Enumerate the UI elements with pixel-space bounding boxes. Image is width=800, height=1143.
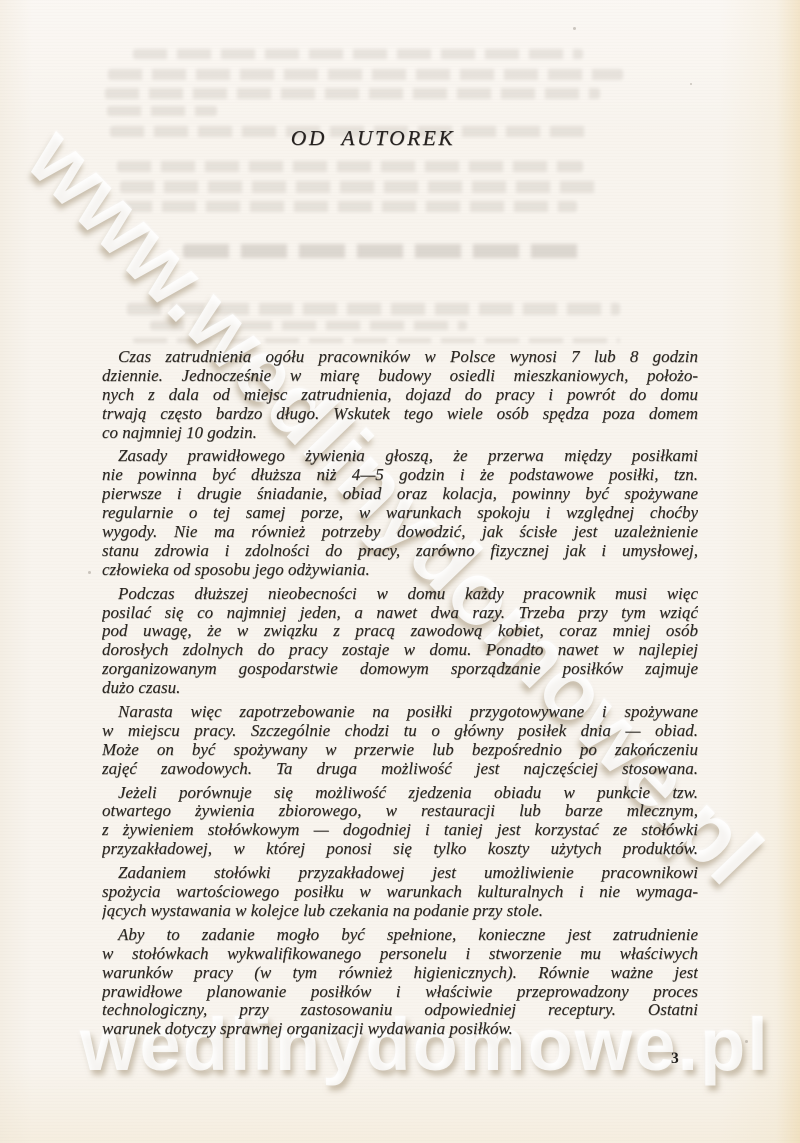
paragraph: Czas zatrudnienia ogółu pracowników w Po… [102,348,698,442]
text-line: Aby to zadanie mogło być spełnione, koni… [102,926,698,945]
paragraph: Zasady prawidłowego żywienia głoszą, że … [102,447,698,579]
bleed-through-line [133,49,583,59]
text-line: Zasady prawidłowego żywienia głoszą, że … [102,447,698,466]
text-line: nych z dala od miejsc zatrudnienia, doja… [102,386,698,405]
text-line: dziennie. Jednocześnie w miarę budowy os… [102,367,698,386]
text-line: człowieka od sposobu jego odżywiania. [102,561,698,580]
text-line: dużo czasu. [102,679,698,698]
text-line: warunków pracy (w tym również higieniczn… [102,964,698,983]
text-line: Zadaniem stołówki przyzakładowej jest um… [102,864,698,883]
bleed-through-line [107,106,217,116]
text-line: trwają często bardzo długo. Wskutek tego… [102,405,698,424]
text-line: przyzakładowej, w której ponosi się tylk… [102,840,698,859]
text-line: z żywieniem stołówkowym — dogodniej i ta… [102,821,698,840]
page-title: OD AUTOREK [75,128,671,150]
text-line: Narasta więc zapotrzebowanie na posiłki … [102,703,698,722]
bleed-through-line [183,244,583,258]
paragraph: Aby to zadanie mogło być spełnione, koni… [102,926,698,1039]
body-text: Czas zatrudnienia ogółu pracowników w Po… [102,348,698,1039]
text-line: posilać się co najmniej jeden, a nawet d… [102,604,698,623]
text-line: w miejscu pracy. Szczególnie chodzi tu o… [102,722,698,741]
paragraph: Narasta więc zapotrzebowanie na posiłki … [102,703,698,779]
text-line: regularnie o tej samej porze, w warunkac… [102,504,698,523]
text-line: zajęć zawodowych. Ta druga możliwość jes… [102,760,698,779]
text-line: w stołówkach wykwalifikowanego personelu… [102,945,698,964]
dust-speck [88,571,91,574]
text-line: zorganizowanym gospodarstwie domowym spo… [102,660,698,679]
text-line: otwartego żywienia zbiorowego, w restaur… [102,802,698,821]
bleed-through-line [108,69,623,80]
text-line: Czas zatrudnienia ogółu pracowników w Po… [102,348,698,367]
dust-speck [573,27,576,30]
text-line: co najmniej 10 godzin. [102,424,698,443]
text-line: technologiczny, przy zastosowaniu odpowi… [102,1001,698,1020]
text-line: Jeżeli porównuje się możliwość zjedzenia… [102,784,698,803]
text-line: stanu zdrowia i zdolności do pracy, zaró… [102,542,698,561]
bleed-through-line [117,161,583,172]
dust-speck [690,83,692,85]
text-line: nie powinna być dłuższa niż 4—5 godzin i… [102,466,698,485]
text-line: spożycia wartościowego posiłku w warunka… [102,883,698,902]
scanned-book-page: www.wedlinydomowe.pl wedlinydomowe.pl OD… [0,0,800,1143]
text-line: prawidłowe planowanie posiłków i właściw… [102,983,698,1002]
text-line: warunek dotyczy sprawnej organizacji wyd… [102,1020,698,1039]
text-line: jących wystawania w kolejce lub czekania… [102,902,698,921]
bleed-through-line [118,201,577,212]
paragraph: Podczas dłuższej nieobecności w domu każ… [102,585,698,698]
paragraph: Jeżeli porównuje się możliwość zjedzenia… [102,784,698,860]
paragraph: Zadaniem stołówki przyzakładowej jest um… [102,864,698,921]
text-line: Może on być spożywany w przerwie lub bez… [102,741,698,760]
page-number: 3 [671,1050,679,1068]
text-line: pod uwagę, że w związku z pracą zawodową… [102,622,698,641]
bleed-through-line [120,181,600,193]
text-line: dorosłych zdolnych do pracy zostaje w do… [102,641,698,660]
bleed-through-line [105,88,600,99]
text-line: Podczas dłuższej nieobecności w domu każ… [102,585,698,604]
text-line: pierwsze i drugie śniadanie, obiad oraz … [102,485,698,504]
text-line: wygody. Nie ma również potrzeby dowodzić… [102,523,698,542]
